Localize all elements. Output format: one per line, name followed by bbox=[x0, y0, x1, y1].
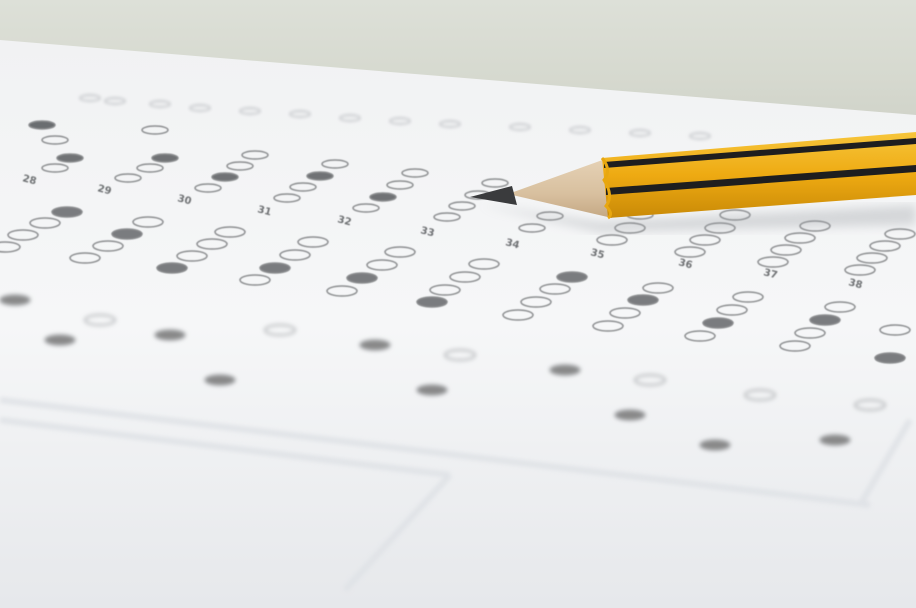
answer-sheet: 28 29 30 31 32 33 34 35 36 37 38 bbox=[0, 0, 916, 608]
photo-scene: 28 29 30 31 32 33 34 35 36 37 38 bbox=[0, 0, 916, 608]
